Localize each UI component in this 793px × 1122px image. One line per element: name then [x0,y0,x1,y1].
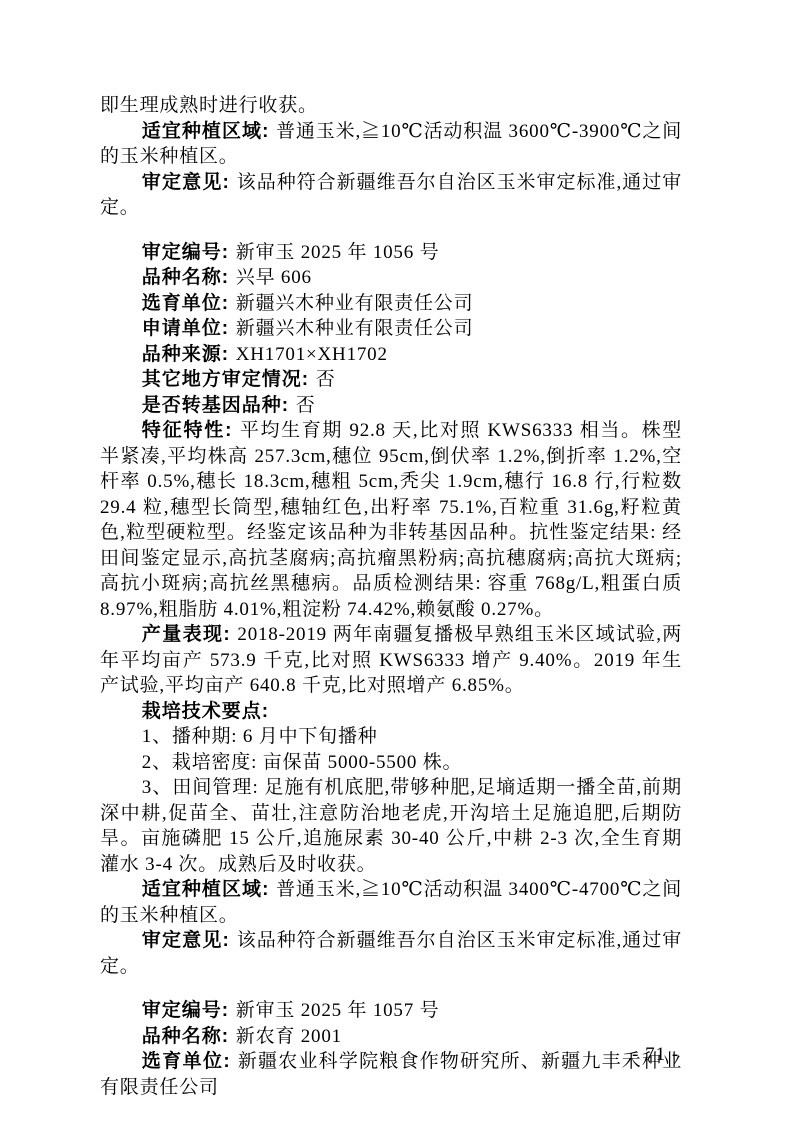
document-body: 即生理成熟时进行收获。 适宜种植区域:普通玉米,≧10℃活动积温 3600℃-3… [100,93,682,1100]
gmo-status: 是否转基因品种:否 [100,393,682,419]
suitable-region-1: 适宜种植区域:普通玉米,≧10℃活动积温 3600℃-3900℃之间的玉米种植区… [100,119,682,170]
approval-number-1: 审定编号:新审玉 2025 年 1056 号 [100,240,682,266]
paragraph-text: 否 [316,369,336,390]
page-number: - 71 - [632,1042,679,1067]
field-label: 选育单位: [142,293,229,314]
breeder-unit-2: 选育单位:新疆农业科学院粮食作物研究所、新疆九丰禾种业有限责任公司 [100,1049,682,1100]
field-label: 品种名称: [142,267,229,288]
yield-performance: 产量表现:2018-2019 两年南疆复播极早熟组玉米区域试验,两年平均亩产 5… [100,622,682,699]
field-label: 特征特性: [142,420,233,441]
sowing-period-item: 1、播种期: 6 月中下旬播种 [100,724,682,750]
paragraph-text: 新疆兴木种业有限责任公司 [236,293,474,314]
characteristics: 特征特性:平均生育期 92.8 天,比对照 KWS6333 相当。株型半紧凑,平… [100,418,682,622]
paragraph-text: 即生理成熟时进行收获。 [100,95,318,116]
continuation-text: 即生理成熟时进行收获。 [100,93,682,119]
field-label: 审定意见: [142,172,230,193]
paragraph-text: 新审玉 2025 年 1057 号 [236,1000,440,1021]
field-label: 适宜种植区域: [142,121,270,142]
paragraph-text: 3、田间管理: 足施有机底肥,带够种肥,足墒适期一播全苗,前期深中耕,促苗全、苗… [100,777,682,875]
field-label: 审定编号: [142,242,229,263]
suitable-region-2: 适宜种植区域:普通玉米,≧10℃活动积温 3400℃-4700℃之间的玉米种植区… [100,877,682,928]
field-label: 品种名称: [142,1026,229,1047]
paragraph-text: 2、栽培密度: 亩保苗 5000-5500 株。 [142,752,463,773]
paragraph-text: 兴早 606 [236,267,312,288]
field-label: 审定意见: [142,930,230,951]
document-page: 即生理成熟时进行收获。 适宜种植区域:普通玉米,≧10℃活动积温 3600℃-3… [0,0,793,1122]
field-label: 审定编号: [142,1000,229,1021]
paragraph-text: 1、播种期: 6 月中下旬播种 [142,726,378,747]
field-label: 是否转基因品种: [142,395,289,416]
field-label: 适宜种植区域: [142,879,270,900]
paragraph-text: 新农育 2001 [236,1026,342,1047]
other-approval-status: 其它地方审定情况:否 [100,367,682,393]
field-label: 申请单位: [142,318,229,339]
paragraph-text: XH1701×XH1702 [236,344,388,365]
paragraph-text: 否 [296,395,316,416]
variety-origin-1: 品种来源:XH1701×XH1702 [100,342,682,368]
paragraph-text: 平均生育期 92.8 天,比对照 KWS6333 相当。株型半紧凑,平均株高 2… [100,420,682,620]
paragraph-text: 新疆兴木种业有限责任公司 [236,318,474,339]
breeder-unit-1: 选育单位:新疆兴木种业有限责任公司 [100,291,682,317]
field-label: 其它地方审定情况: [142,369,309,390]
approval-number-2: 审定编号:新审玉 2025 年 1057 号 [100,998,682,1024]
variety-name-1: 品种名称:兴早 606 [100,265,682,291]
field-label: 选育单位: [142,1051,231,1072]
field-label: 品种来源: [142,344,229,365]
field-label: 产量表现: [142,624,231,645]
planting-density-item: 2、栽培密度: 亩保苗 5000-5500 株。 [100,750,682,776]
paragraph-text: 新审玉 2025 年 1056 号 [236,242,440,263]
approval-opinion-1: 审定意见:该品种符合新疆维吾尔自治区玉米审定标准,通过审定。 [100,170,682,221]
variety-name-2: 品种名称:新农育 2001 [100,1024,682,1050]
field-management-item: 3、田间管理: 足施有机底肥,带够种肥,足墒适期一播全苗,前期深中耕,促苗全、苗… [100,775,682,877]
applicant-unit-1: 申请单位:新疆兴木种业有限责任公司 [100,316,682,342]
approval-opinion-2: 审定意见:该品种符合新疆维吾尔自治区玉米审定标准,通过审定。 [100,928,682,979]
cultivation-points-heading: 栽培技术要点: [100,699,682,725]
field-label: 栽培技术要点: [142,701,269,722]
